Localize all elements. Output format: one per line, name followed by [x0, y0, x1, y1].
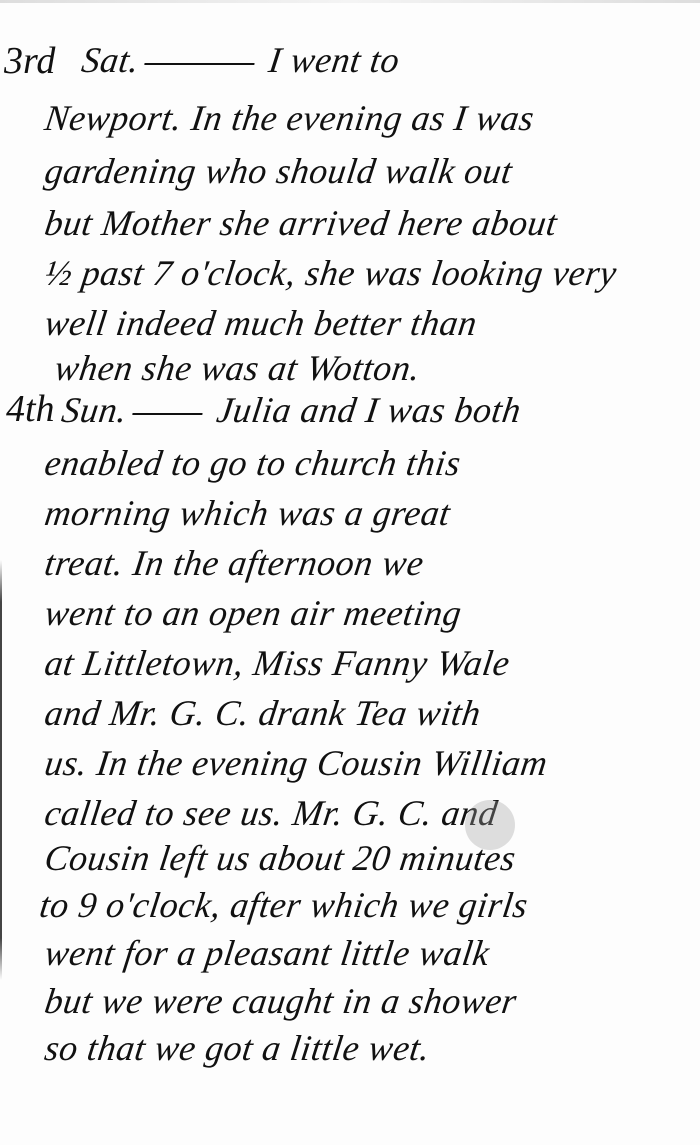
entry-2-header-line: Sun.Julia and I was both [59, 392, 523, 428]
entry-1-line-4: ½ past 7 o'clock, she was looking very [42, 255, 619, 291]
entry-2-line-2: morning which was a great [42, 495, 452, 531]
entry-1-line-5: well indeed much better than [42, 305, 479, 341]
entry-2-date-label: 4th [6, 388, 55, 430]
entry-2-line-0: Julia and I was both [214, 390, 524, 430]
entry-1-day-label: Sat. [79, 40, 142, 80]
entry-2-dash [132, 413, 202, 415]
entry-2-line-3: treat. In the afternoon we [42, 545, 426, 581]
page-top-edge [0, 0, 700, 3]
entry-2-line-9: Cousin left us about 20 minutes [42, 840, 518, 876]
entry-1-line-0: I went to [266, 40, 402, 80]
entry-2-line-10: to 9 o'clock, after which we girls [37, 887, 530, 923]
entry-2-line-13: so that we got a little wet. [42, 1030, 432, 1066]
entry-2-line-4: went to an open air meeting [42, 595, 464, 631]
entry-2-line-5: at Littletown, Miss Fanny Wale [42, 645, 512, 681]
entry-2-day-label: Sun. [59, 390, 130, 430]
entry-1-dash [144, 63, 254, 65]
entry-2-line-1: enabled to go to church this [42, 445, 463, 481]
entry-1-line-6: when she was at Wotton. [52, 350, 422, 386]
entry-1-line-1: Newport. In the evening as I was [42, 100, 536, 136]
entry-1-header-line: Sat.I went to [79, 42, 402, 78]
entry-1-date: 3rd [4, 42, 55, 80]
diary-page: 3rd Sat.I went to Newport. In the evenin… [0, 0, 700, 1145]
pencil-smudge [465, 800, 515, 850]
entry-1-date-label: 3rd [4, 40, 55, 82]
page-left-edge [0, 560, 2, 980]
entry-2-line-8: called to see us. Mr. G. C. and [42, 795, 500, 831]
entry-1-line-3: but Mother she arrived here about [42, 205, 559, 241]
entry-2-line-6: and Mr. G. C. drank Tea with [42, 695, 483, 731]
entry-2-line-12: but we were caught in a shower [42, 983, 519, 1019]
entry-1-line-2: gardening who should walk out [42, 153, 514, 189]
entry-2-line-11: went for a pleasant little walk [42, 935, 492, 971]
entry-2-line-7: us. In the evening Cousin William [42, 745, 550, 781]
entry-2-date: 4th [6, 390, 55, 428]
